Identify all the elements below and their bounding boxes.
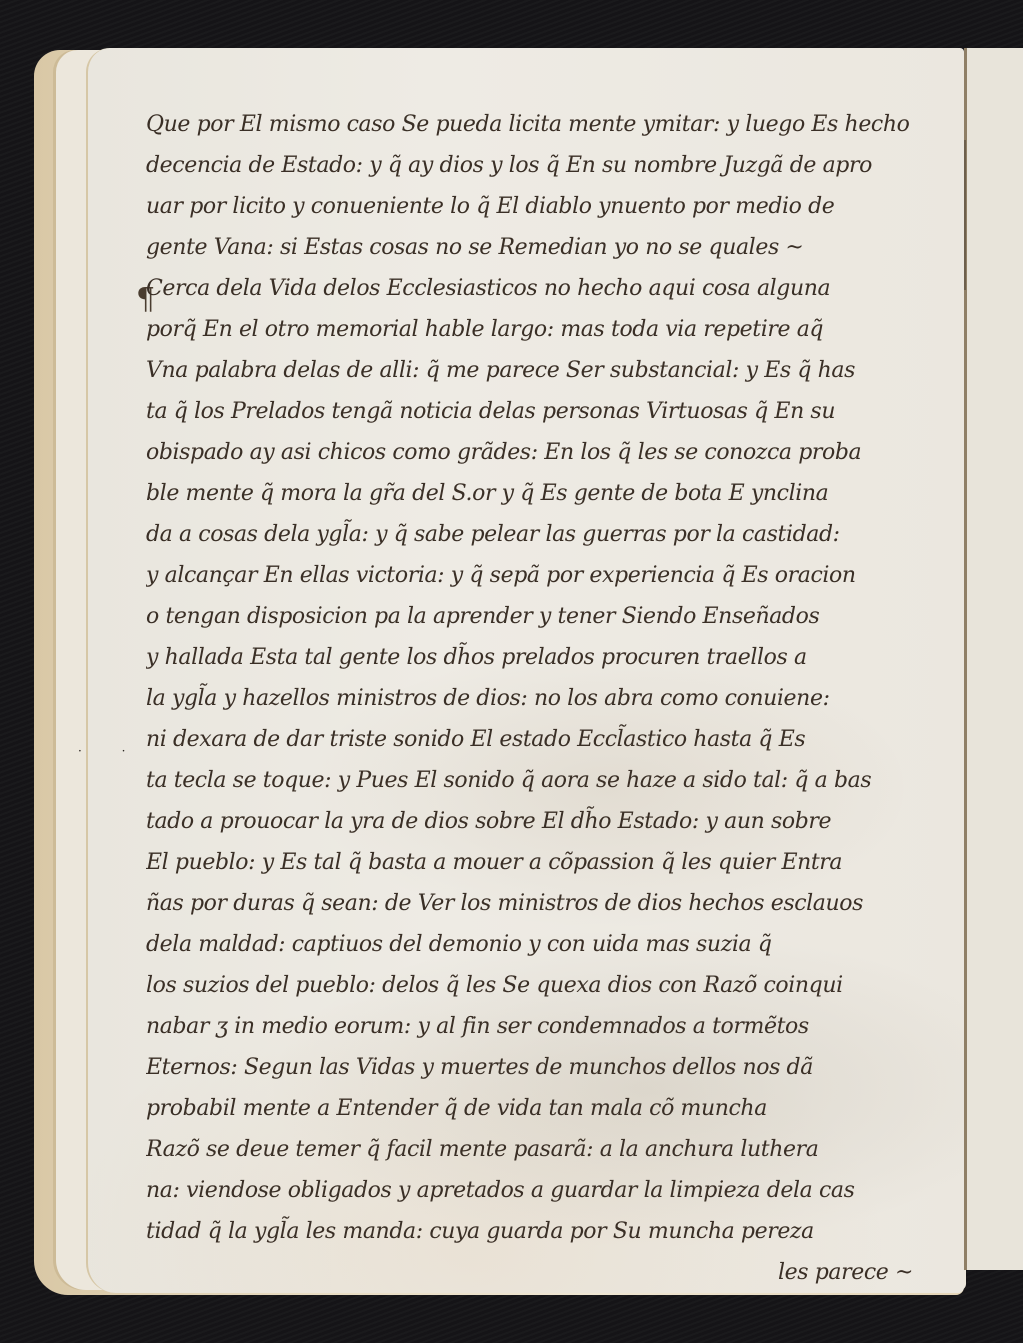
text-line: ble mente q̃ mora la gr̃a del S.or y q̃ …: [146, 473, 961, 514]
catchword: les parece ~: [146, 1252, 961, 1293]
text-line: da a cosas dela ygl̃a: y q̃ sabe pelear …: [146, 514, 961, 555]
text-line: uar por licito y conueniente lo q̃ El di…: [146, 186, 961, 227]
text-line: ta tecla se toque: y Pues El sonido q̃ a…: [146, 760, 961, 801]
text-line: o tengan disposicion pa la aprender y te…: [146, 596, 961, 637]
text-line: decencia de Estado: y q̃ ay dios y los q…: [146, 145, 961, 186]
manuscript-text: Que por El mismo caso Se pueda licita me…: [146, 104, 961, 1293]
text-line: los suzios del pueblo: delos q̃ les Se q…: [146, 965, 961, 1006]
text-line: ni dexara de dar triste sonido El estado…: [146, 719, 961, 760]
text-line: gente Vana: si Estas cosas no se Remedia…: [146, 227, 961, 268]
text-line: y hallada Esta tal gente los dh̃os prela…: [146, 637, 961, 678]
text-line: Vna palabra delas de alli: q̃ me parece …: [146, 350, 961, 391]
text-line: tidad q̃ la ygl̃a les manda: cuya guarda…: [146, 1211, 961, 1252]
text-line: obispado ay asi chicos como grãdes: En l…: [146, 432, 961, 473]
margin-dots: · ·: [78, 744, 143, 758]
text-line: El pueblo: y Es tal q̃ basta a mouer a c…: [146, 842, 961, 883]
gutter-shadow: [964, 140, 966, 290]
text-line: Cerca dela Vida delos Ecclesiasticos no …: [146, 268, 961, 309]
text-line: ta q̃ los Prelados tengã noticia delas p…: [146, 391, 961, 432]
text-line: la ygl̃a y hazellos ministros de dios: n…: [146, 678, 961, 719]
text-line: Que por El mismo caso Se pueda licita me…: [146, 104, 961, 145]
text-line: Eternos: Segun las Vidas y muertes de mu…: [146, 1047, 961, 1088]
text-line: na: viendose obligados y apretados a gua…: [146, 1170, 961, 1211]
text-line: tado a prouocar la yra de dios sobre El …: [146, 801, 961, 842]
text-line: nabar ʒ in medio eorum: y al fin ser con…: [146, 1006, 961, 1047]
text-line: ñas por duras q̃ sean: de Ver los minist…: [146, 883, 961, 924]
text-line: porq̃ En el otro memorial hable largo: m…: [146, 309, 961, 350]
text-line: dela maldad: captiuos del demonio y con …: [146, 924, 961, 965]
facing-page-edge: [964, 48, 1023, 1270]
text-line: probabil mente a Entender q̃ de vida tan…: [146, 1088, 961, 1129]
text-line: Razõ se deue temer q̃ facil mente pasarã…: [146, 1129, 961, 1170]
text-line: y alcançar En ellas victoria: y q̃ sepã …: [146, 555, 961, 596]
